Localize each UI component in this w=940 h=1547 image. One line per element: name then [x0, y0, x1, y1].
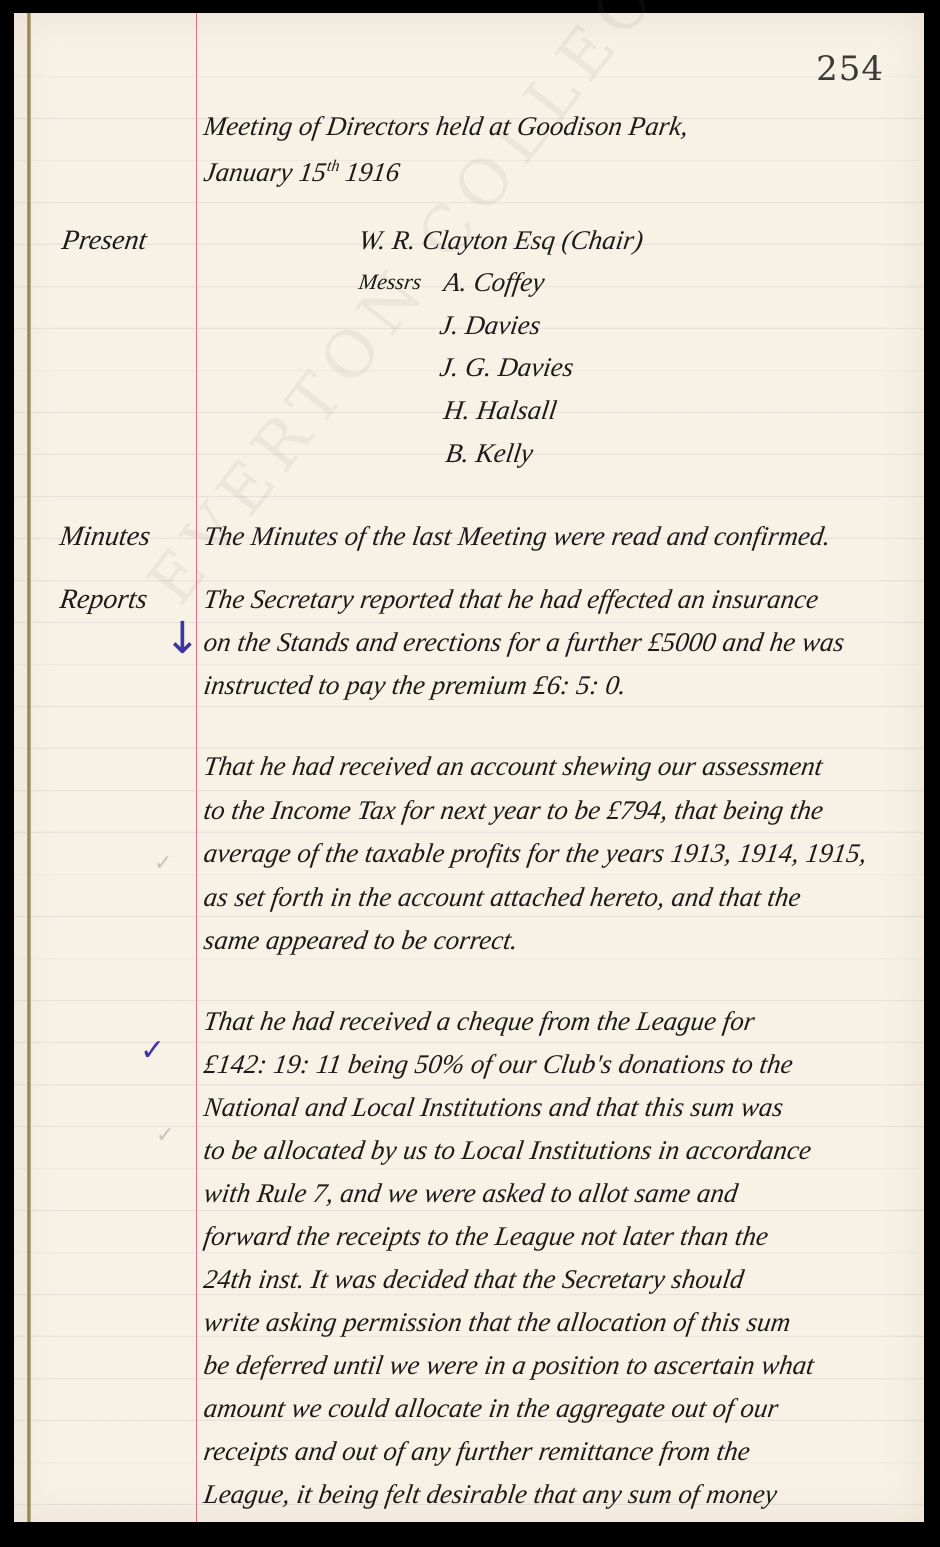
present-member: B. Kelly: [444, 440, 535, 467]
report-line: National and Local Institutions and that…: [202, 1094, 785, 1121]
ledger-page: EVERTON COLLECTION CHARITABLE TRUST 254 …: [14, 13, 924, 1522]
blue-check-mark-icon: ✓: [140, 1033, 165, 1068]
present-chair: W. R. Clayton Esq (Chair): [357, 227, 645, 254]
present-member: H. Halsall: [442, 397, 558, 424]
report-line: The Secretary reported that he had effec…: [202, 586, 820, 613]
report-line: to the Income Tax for next year to be £7…: [202, 797, 825, 824]
minutes-text: The Minutes of the last Meeting were rea…: [202, 523, 832, 550]
report-line: on the Stands and erections for a furthe…: [202, 629, 846, 656]
report-line: average of the taxable profits for the y…: [202, 840, 868, 867]
report-line: forward the receipts to the League not l…: [202, 1223, 770, 1250]
faint-check-mark-icon: ✓: [156, 1123, 174, 1148]
report-line: That he had received a cheque from the L…: [202, 1008, 756, 1035]
messrs-label: Messrs: [357, 271, 422, 293]
page-number: 254: [816, 49, 884, 89]
report-line: be deferred until we were in a position …: [202, 1352, 816, 1379]
report-line: instructed to pay the premium £6: 5: 0.: [202, 672, 628, 699]
report-line: with Rule 7, and we were asked to allot …: [202, 1180, 739, 1207]
blue-arrow-mark-icon: ↓: [164, 613, 201, 664]
page-binding-edge: [27, 13, 31, 1522]
report-line: write asking permission that the allocat…: [202, 1309, 792, 1336]
report-line: League, it being felt desirable that any…: [202, 1481, 779, 1508]
present-member: J. G. Davies: [438, 354, 575, 381]
meeting-heading-line-1: Meeting of Directors held at Goodison Pa…: [202, 113, 690, 140]
faint-check-mark-icon: ✓: [154, 851, 172, 876]
heading-date-prefix: January 15: [202, 157, 328, 187]
report-line: That he had received an account shewing …: [202, 753, 824, 780]
meeting-heading-line-2: January 15th 1916: [202, 158, 402, 186]
report-line: same appeared to be correct.: [202, 927, 519, 954]
report-line: receipts and out of any further remittan…: [202, 1438, 752, 1465]
report-line: 24th inst. It was decided that the Secre…: [202, 1266, 745, 1293]
present-member: J. Davies: [438, 312, 542, 339]
margin-rule: [196, 13, 197, 1522]
heading-date-suffix: 1916: [337, 157, 402, 187]
minutes-label: Minutes: [58, 523, 152, 551]
report-line: £142: 19: 11 being 50% of our Club's don…: [202, 1051, 795, 1078]
report-line: to be allocated by us to Local Instituti…: [202, 1137, 813, 1164]
report-line: amount we could allocate in the aggregat…: [202, 1395, 780, 1422]
reports-label: Reports: [58, 586, 149, 614]
present-label: Present: [60, 227, 148, 255]
report-line: as set forth in the account attached her…: [202, 884, 802, 911]
present-member: A. Coffey: [442, 269, 546, 296]
